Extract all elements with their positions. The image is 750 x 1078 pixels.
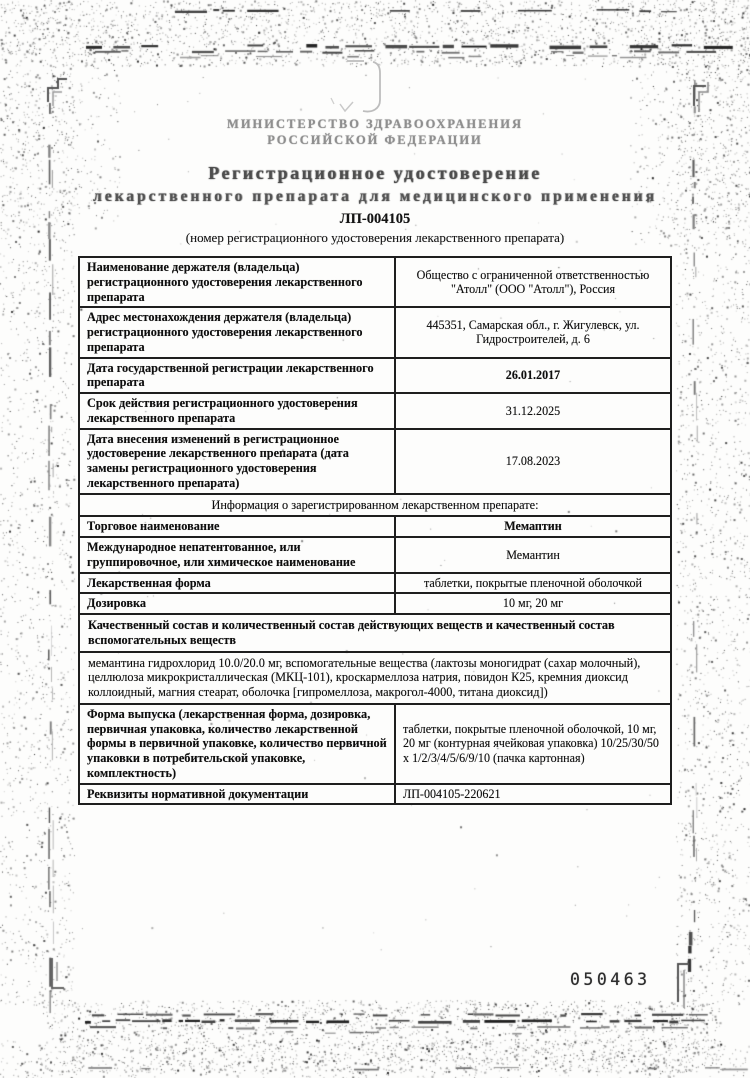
table-row: Торговое наименованиеМемаптин bbox=[79, 516, 671, 537]
field-label: Наименование держателя (владельца) регис… bbox=[79, 257, 395, 307]
document-title-line2: лекарственного препарата для медицинског… bbox=[0, 188, 750, 206]
field-value: ЛП-004105-220621 bbox=[395, 784, 671, 805]
table-row: Наименование держателя (владельца) регис… bbox=[79, 257, 671, 307]
field-label: Дата государственной регистрации лекарст… bbox=[79, 358, 395, 394]
field-label: Форма выпуска (лекарственная форма, дози… bbox=[79, 704, 395, 784]
table-row: Лекарственная форматаблетки, покрытые пл… bbox=[79, 573, 671, 594]
table-row: Дозировка10 мг, 20 мг bbox=[79, 593, 671, 614]
table-row: Информация о зарегистрированном лекарств… bbox=[79, 494, 671, 517]
ministry-line2: РОССИЙСКОЙ ФЕДЕРАЦИИ bbox=[0, 132, 750, 148]
field-label: Реквизиты нормативной документации bbox=[79, 784, 395, 805]
table-row: Срок действия регистрационного удостовер… bbox=[79, 393, 671, 429]
field-value: Мемантин bbox=[395, 537, 671, 573]
field-value: 17.08.2023 bbox=[395, 429, 671, 494]
table-row: Дата государственной регистрации лекарст… bbox=[79, 358, 671, 394]
field-value: таблетки, покрытые пленочной оболочкой bbox=[395, 573, 671, 594]
field-value: 445351, Самарская обл., г. Жигулевск, ул… bbox=[395, 307, 671, 357]
ministry-header: МИНИСТЕРСТВО ЗДРАВООХРАНЕНИЯ РОССИЙСКОЙ … bbox=[0, 116, 750, 148]
field-value: Общество с ограниченной ответственностью… bbox=[395, 257, 671, 307]
certificate-content: МИНИСТЕРСТВО ЗДРАВООХРАНЕНИЯ РОССИЙСКОЙ … bbox=[0, 0, 750, 1078]
stamp-number: 050463 bbox=[570, 970, 651, 989]
field-value: таблетки, покрытые пленочной оболочкой, … bbox=[395, 704, 671, 784]
field-label: Срок действия регистрационного удостовер… bbox=[79, 393, 395, 429]
field-value: 10 мг, 20 мг bbox=[395, 593, 671, 614]
field-label: Дозировка bbox=[79, 593, 395, 614]
table-row: Качественный состав и количественный сос… bbox=[79, 614, 671, 652]
certificate-table: Наименование держателя (владельца) регис… bbox=[78, 256, 672, 805]
scanned-certificate-page: МИНИСТЕРСТВО ЗДРАВООХРАНЕНИЯ РОССИЙСКОЙ … bbox=[0, 0, 750, 1078]
field-label: Адрес местонахождения держателя (владель… bbox=[79, 307, 395, 357]
table-row: Международное непатентованное, или групп… bbox=[79, 537, 671, 573]
registration-number-caption: (номер регистрационного удостоверения ле… bbox=[0, 230, 750, 246]
field-label: Торговое наименование bbox=[79, 516, 395, 537]
section-span: Качественный состав и количественный сос… bbox=[79, 614, 671, 652]
field-label: Международное непатентованное, или групп… bbox=[79, 537, 395, 573]
registration-number: ЛП-004105 bbox=[0, 211, 750, 228]
table-row: Дата внесения изменений в регистрационно… bbox=[79, 429, 671, 494]
table-row: Форма выпуска (лекарственная форма, дози… bbox=[79, 704, 671, 784]
ministry-line1: МИНИСТЕРСТВО ЗДРАВООХРАНЕНИЯ bbox=[0, 116, 750, 132]
certificate-table-body: Наименование держателя (владельца) регис… bbox=[79, 257, 671, 804]
field-value: 31.12.2025 bbox=[395, 393, 671, 429]
document-title-line1: Регистрационное удостоверение bbox=[0, 163, 750, 184]
table-row: Реквизиты нормативной документацииЛП-004… bbox=[79, 784, 671, 805]
section-span: Информация о зарегистрированном лекарств… bbox=[79, 494, 671, 517]
field-value: Мемаптин bbox=[395, 516, 671, 537]
table-row: мемантина гидрохлорид 10.0/20.0 мг, вспо… bbox=[79, 652, 671, 704]
field-value: 26.01.2017 bbox=[395, 358, 671, 394]
field-label: Лекарственная форма bbox=[79, 573, 395, 594]
field-label: Дата внесения изменений в регистрационно… bbox=[79, 429, 395, 494]
table-row: Адрес местонахождения держателя (владель… bbox=[79, 307, 671, 357]
section-span: мемантина гидрохлорид 10.0/20.0 мг, вспо… bbox=[79, 652, 671, 704]
